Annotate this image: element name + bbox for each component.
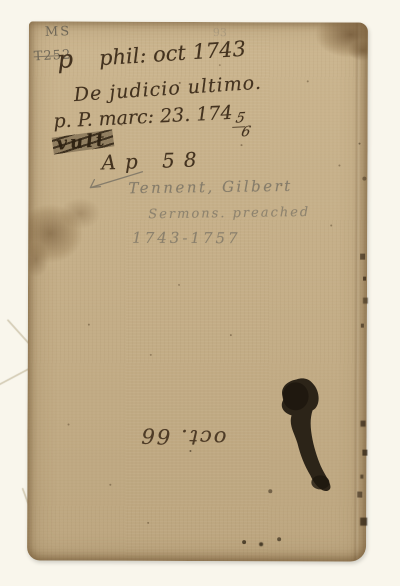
shelfmark-ms: MS	[45, 24, 72, 40]
pencil-author-line: Tennent, Gilbert	[128, 177, 293, 197]
ink-line-1-text: phil: oct 1743	[98, 37, 246, 71]
frayed-edge-marks	[29, 21, 32, 25]
scanned-manuscript-cover: MS T252 93 p phil: oct 1743 De judicio u…	[0, 0, 400, 586]
pencil-title-line: Sermons. preached	[148, 205, 310, 222]
ink-line-1: p phil: oct 1743	[56, 33, 247, 74]
ink-blot	[275, 376, 333, 500]
ink-line-1-initial: p	[56, 44, 74, 74]
split-year-fraction: 5 6	[234, 113, 248, 139]
ink-line-3-text: p. P. marc: 23. 174	[53, 102, 233, 133]
upside-down-note: oct. 66	[139, 423, 227, 450]
pencil-date-range: 1743-1757	[132, 229, 240, 247]
fraction-denominator: 6	[240, 127, 255, 140]
manuscript-page: MS T252 93 p phil: oct 1743 De judicio u…	[27, 21, 368, 561]
